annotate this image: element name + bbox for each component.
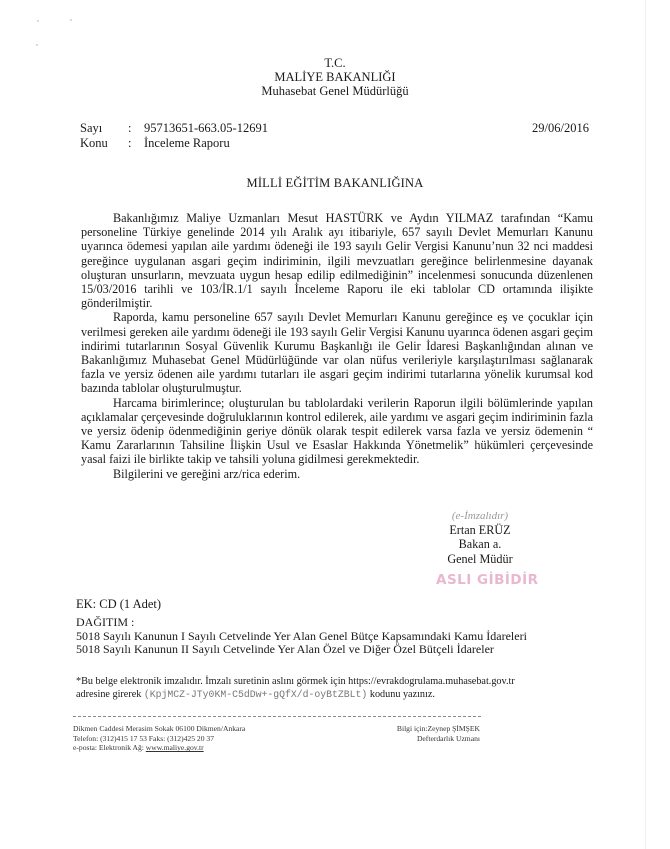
footer-email-label: e-posta: Elektronik Ağ:	[73, 743, 144, 752]
number-value: 95713651-663.05-12691	[144, 121, 268, 136]
website-link[interactable]: www.maliye.gov.tr	[146, 743, 204, 752]
scan-speck	[37, 20, 39, 22]
signatory-name: Ertan ERÜZ	[410, 523, 550, 537]
subject-label: Konu	[80, 136, 128, 151]
addressee: MİLLİ EĞİTİM BAKANLIĞINA	[0, 176, 670, 191]
subject-row: Konu : İnceleme Raporu	[80, 136, 268, 151]
number-label: Sayı	[80, 121, 128, 136]
info-contact-title: Defterdarlık Uzmanı	[397, 734, 480, 744]
body-paragraph: Harcama birimlerince; oluşturulan bu tab…	[81, 396, 593, 467]
letter-body: Bakanlığımız Maliye Uzmanları Mesut HAST…	[81, 211, 593, 481]
document-date: 29/06/2016	[532, 121, 589, 136]
distribution-item: 5018 Sayılı Kanunun I Sayılı Cetvelinde …	[76, 630, 527, 644]
verification-prefix: adresine girerek	[76, 689, 141, 700]
verification-suffix: kodunu yazınız.	[370, 689, 435, 700]
footer-contact: Dikmen Caddesi Merasim Sokak 06100 Dikme…	[73, 724, 245, 753]
certified-copy-stamp: ASLI GİBİDİR	[436, 572, 539, 588]
esignature-note: (e-İmzalıdır)	[410, 509, 550, 523]
attachment-note: EK: CD (1 Adet)	[76, 597, 161, 612]
footer-phone: Telefon: (312)415 17 53 Faks: (312)425 2…	[73, 734, 245, 744]
distribution-item: 5018 Sayılı Kanunun II Sayılı Cetvelinde…	[76, 643, 527, 657]
verification-note: *Bu belge elektronik imzalıdır. İmzalı s…	[76, 676, 616, 701]
body-paragraph: Bilgilerini ve gereğini arz/rica ederim.	[81, 467, 593, 481]
number-row: Sayı : 95713651-663.05-12691	[80, 121, 268, 136]
document-page: T.C. MALİYE BAKANLIĞI Muhasebat Genel Mü…	[0, 0, 670, 849]
letterhead-ministry: MALİYE BAKANLIĞI	[0, 70, 670, 84]
signatory-position: Genel Müdür	[410, 552, 550, 566]
distribution-list: DAĞITIM : 5018 Sayılı Kanunun I Sayılı C…	[76, 616, 527, 657]
verification-line: adresine girerek (KpjMCZ-JTy0KM-C5dDw+-g…	[76, 689, 616, 702]
letterhead-tc: T.C.	[0, 56, 670, 70]
letterhead-directorate: Muhasebat Genel Müdürlüğü	[0, 84, 670, 98]
signatory-title: Bakan a.	[410, 537, 550, 551]
scan-speck	[36, 44, 38, 46]
footer-address: Dikmen Caddesi Merasim Sokak 06100 Dikme…	[73, 724, 245, 734]
footer-email-row: e-posta: Elektronik Ağ: www.maliye.gov.t…	[73, 743, 245, 753]
footer-divider	[73, 716, 481, 717]
separator: :	[128, 136, 144, 151]
scan-edge	[645, 0, 646, 849]
separator: :	[128, 121, 144, 136]
distribution-title: DAĞITIM :	[76, 616, 527, 630]
body-paragraph: Raporda, kamu personeline 657 sayılı Dev…	[81, 310, 593, 395]
body-paragraph: Bakanlığımız Maliye Uzmanları Mesut HAST…	[81, 211, 593, 310]
info-contact-name: Bilgi için:Zeynep ŞİMŞEK	[397, 724, 480, 734]
verification-line: *Bu belge elektronik imzalıdır. İmzalı s…	[76, 676, 616, 689]
verification-code: (KpjMCZ-JTy0KM-C5dDw+-gQfX/d-oyBtZBLt)	[144, 689, 367, 700]
footer-info-contact: Bilgi için:Zeynep ŞİMŞEK Defterdarlık Uz…	[397, 724, 480, 743]
subject-value: İnceleme Raporu	[144, 136, 230, 151]
signature-block: (e-İmzalıdır) Ertan ERÜZ Bakan a. Genel …	[410, 509, 550, 566]
letterhead: T.C. MALİYE BAKANLIĞI Muhasebat Genel Mü…	[0, 56, 670, 98]
scan-speck	[70, 19, 72, 21]
document-meta: Sayı : 95713651-663.05-12691 Konu : İnce…	[80, 121, 268, 151]
